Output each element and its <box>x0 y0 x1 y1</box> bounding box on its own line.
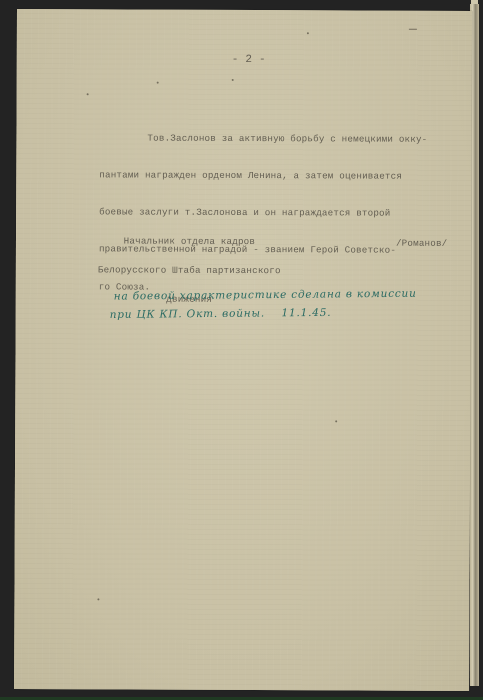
document-viewer: - 2 - Тов.Заслонов за активную борьбу с … <box>0 0 483 700</box>
document-page: - 2 - Тов.Заслонов за активную борьбу с … <box>14 9 472 691</box>
paper-speck <box>97 598 99 600</box>
paper-speck <box>87 93 89 95</box>
paper-speck <box>232 79 234 81</box>
page-number: - 2 - <box>232 54 266 66</box>
paper-speck <box>335 420 337 422</box>
paper-speck <box>409 29 417 30</box>
paper-speck <box>307 32 309 34</box>
paragraph-line: пантами награжден орденом Ленина, а зате… <box>99 169 427 183</box>
signature-title-line: Белорусского Штаба партизанского <box>98 265 281 275</box>
signature-title-line: Начальник отдела кадров <box>98 237 281 247</box>
handwritten-note-line: при ЦК КП. Окт. войны. 11.1.45. <box>110 307 332 321</box>
paragraph-line: Тов.Заслонов за активную борьбу с немецк… <box>99 132 427 146</box>
paper-speck <box>157 82 159 84</box>
signature-name: /Романов/ <box>396 238 447 249</box>
